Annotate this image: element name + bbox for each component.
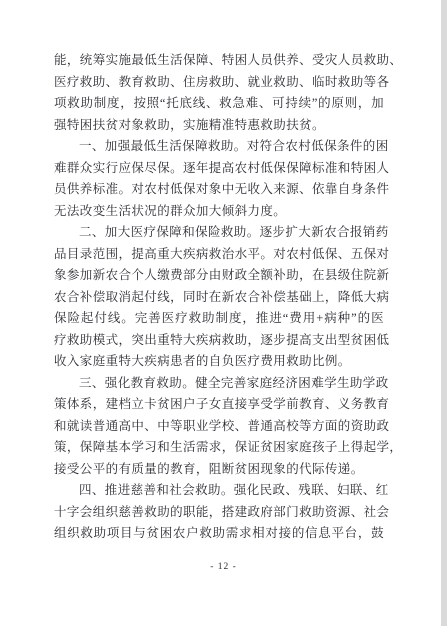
text-line: 强特困扶贫对象救助，实施精准特惠救助扶贫。 [54,115,384,137]
text-line: 接受公平的有质量的教育，阻断贫困现象的代际传递。 [54,459,384,481]
text-line: 无法改变生活状况的群众加大倾斜力度。 [54,201,384,223]
text-line: 能，统筹实施最低生活保障、特困人员供养、受灾人员救助、 [54,50,384,72]
text-line: 员供养标准。对农村低保对象中无收入来源、依靠自身条件 [54,179,384,201]
text-line: 医疗救助、教育救助、住房救助、就业救助、临时救助等各 [54,72,384,94]
text-line: 四、推进慈善和社会救助。强化民政、残联、妇联、红 [54,480,384,502]
text-line: 项救助制度，按照“托底线、救急难、可持续”的原则，加 [54,93,384,115]
paragraph: 三、强化教育救助。健全完善家庭经济困难学生助学政 策体系，建档立卡贫困户子女直接… [54,373,384,481]
text-line: 十字会组织慈善救助的职能，搭建政府部门救助资源、社会 [54,502,384,524]
text-line: 难群众实行应保尽保。逐年提高农村低保保障标准和特困人 [54,158,384,180]
text-line: 策，保障基本学习和生活需求，保证贫困家庭孩子上得起学， [54,437,384,459]
text-line: 一、加强最低生活保障救助。对符合农村低保条件的困 [54,136,384,158]
text-line: 品目录范围，提高重大疾病救治水平。对农村低保、五保对 [54,244,384,266]
text-line: 二、加大医疗保障和保险救助。逐步扩大新农合报销药 [54,222,384,244]
paragraph: 一、加强最低生活保障救助。对符合农村低保条件的困 难群众实行应保尽保。逐年提高农… [54,136,384,222]
document-page: 能，统筹实施最低生活保障、特困人员供养、受灾人员救助、 医疗救助、教育救助、住房… [0,0,447,626]
text-line: 组织救助项目与贫困农户救助需求相对接的信息平台，鼓 [54,523,384,545]
paragraph: 四、推进慈善和社会救助。强化民政、残联、妇联、红 十字会组织慈善救助的职能，搭建… [54,480,384,545]
paragraph: 能，统筹实施最低生活保障、特困人员供养、受灾人员救助、 医疗救助、教育救助、住房… [54,50,384,136]
text-line: 三、强化教育救助。健全完善家庭经济困难学生助学政 [54,373,384,395]
text-line: 疗救助模式，突出重特大疾病救助，逐步提高支出型贫困低 [54,330,384,352]
page-number: - 12 - [0,562,447,572]
text-line: 策体系，建档立卡贫困户子女直接享受学前教育、义务教育 [54,394,384,416]
page-edge-strip [441,0,447,626]
text-line: 农合补偿取消起付线，同时在新农合补偿基础上，降低大病 [54,287,384,309]
paragraph: 二、加大医疗保障和保险救助。逐步扩大新农合报销药 品目录范围，提高重大疾病救治水… [54,222,384,373]
text-line: 保险起付线。完善医疗救助制度，推进“费用+病种”的医 [54,308,384,330]
text-line: 象参加新农合个人缴费部分由财政全额补助，在县级住院新 [54,265,384,287]
text-line: 收入家庭重特大疾病患者的自负医疗费用救助比例。 [54,351,384,373]
document-body-text: 能，统筹实施最低生活保障、特困人员供养、受灾人员救助、 医疗救助、教育救助、住房… [54,50,384,545]
text-line: 和就读普通高中、中等职业学校、普通高校等方面的资助政 [54,416,384,438]
